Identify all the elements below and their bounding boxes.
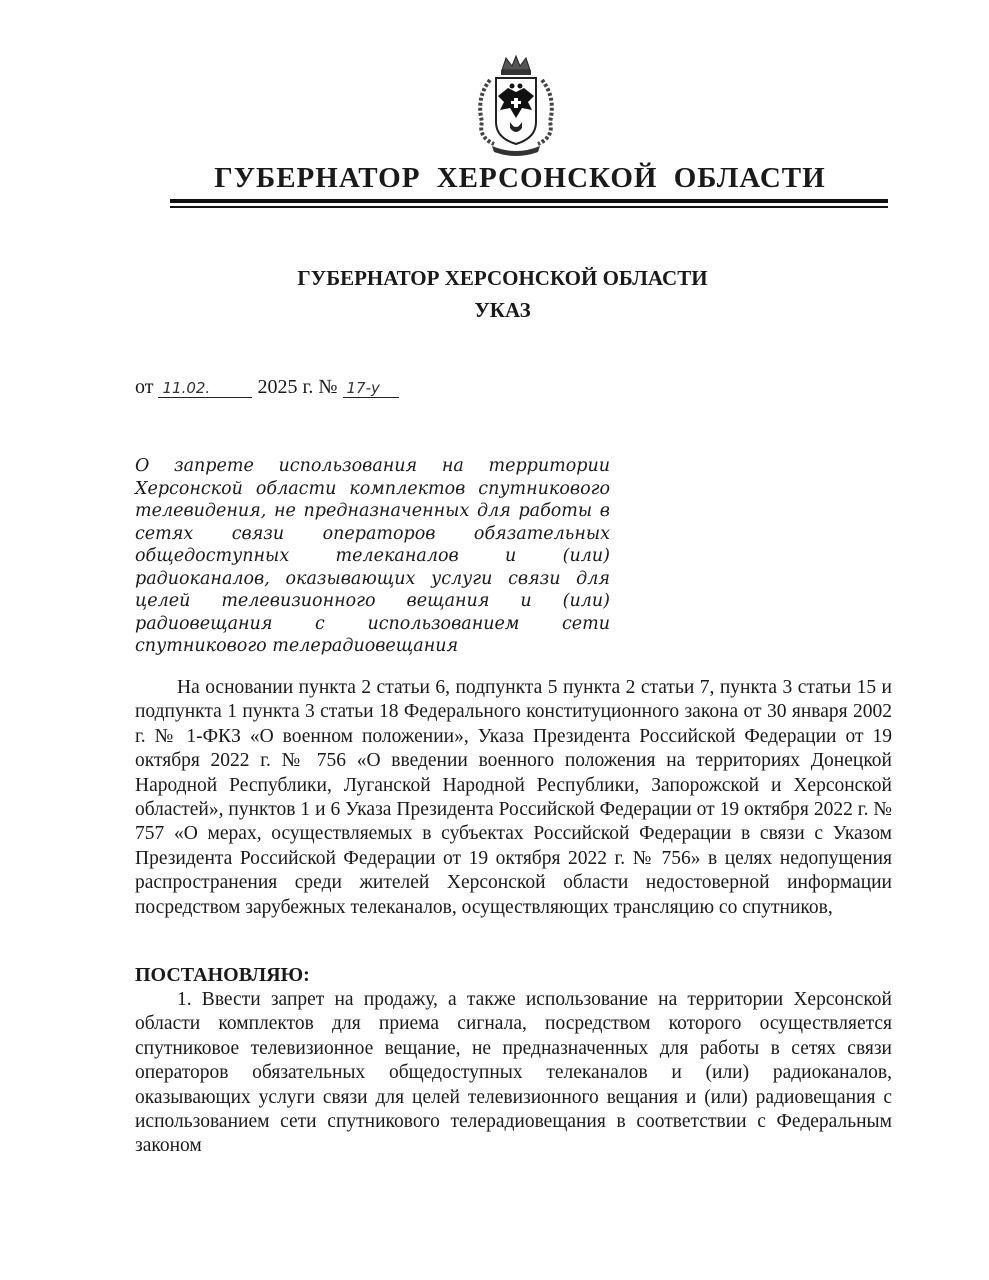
coat-of-arms-emblem (468, 52, 564, 162)
letterhead-rule-thin (170, 206, 888, 208)
document-title: ГУБЕРНАТОР ХЕРСОНСКОЙ ОБЛАСТИ УКАЗ (170, 262, 835, 326)
number-handwritten: 17-у (343, 379, 399, 398)
document-issuer: ГУБЕРНАТОР ХЕРСОНСКОЙ ОБЛАСТИ (170, 262, 835, 294)
letterhead-rule-thick (170, 199, 888, 203)
document-subject: О запрете использования на территории Хе… (135, 455, 610, 658)
date-handwritten: 11.02. (158, 379, 252, 398)
decree-point-1: 1. Ввести запрет на продажу, а также исп… (135, 988, 892, 1159)
date-number-line: от 11.02. 2025 г. № 17-у (135, 376, 399, 399)
coat-of-arms-icon (468, 52, 564, 162)
legal-basis-paragraph: На основании пункта 2 статьи 6, подпункт… (135, 676, 892, 920)
letterhead-title: ГУБЕРНАТОР ХЕРСОНСКОЙ ОБЛАСТИ (170, 162, 870, 195)
date-prefix: от (135, 376, 153, 398)
document-type: УКАЗ (170, 294, 835, 326)
decree-heading: ПОСТАНОВЛЯЮ: (135, 964, 310, 987)
year-and-number-label: 2025 г. № (257, 376, 337, 398)
